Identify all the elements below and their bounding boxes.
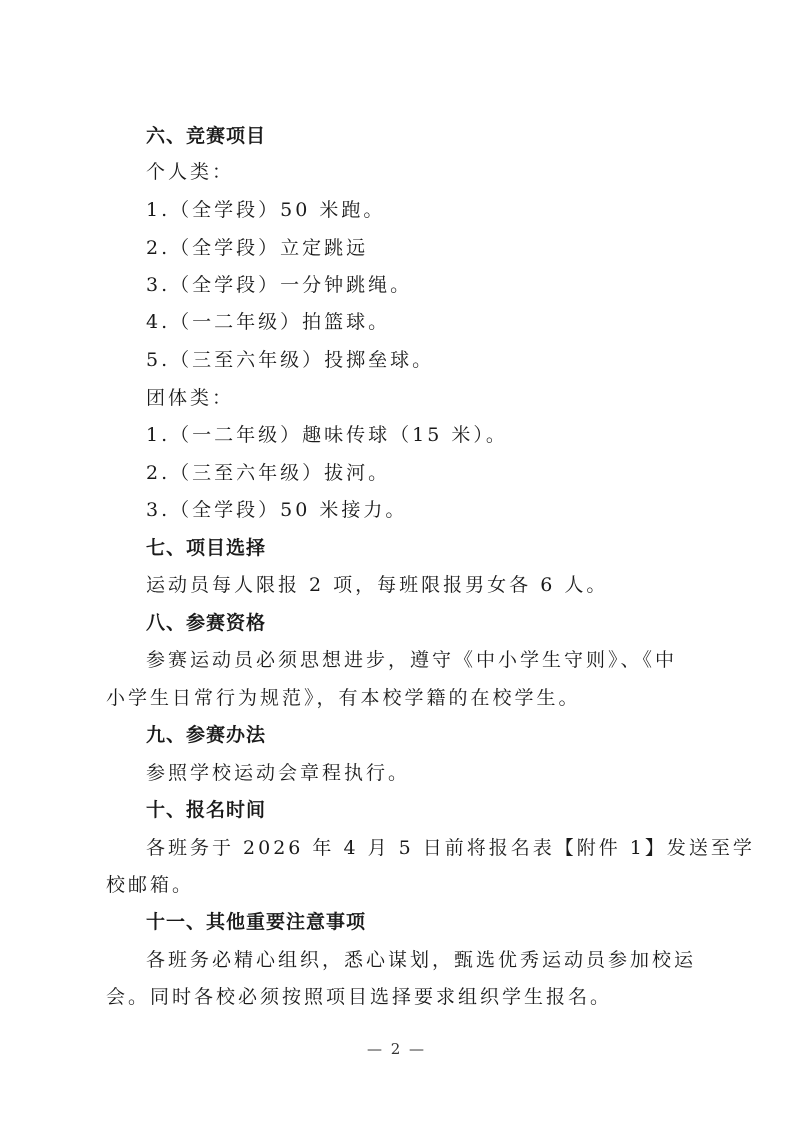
section-ten-body-line2: 校邮箱。 xyxy=(106,873,194,897)
section-nine-body: 参照学校运动会章程执行。 xyxy=(146,761,410,785)
section-eleven-heading: 十一、其他重要注意事项 xyxy=(146,910,366,934)
team-item-3: 3.（全学段）50 米接力。 xyxy=(146,498,407,522)
section-nine-heading: 九、参赛办法 xyxy=(146,723,266,747)
team-item-2: 2.（三至六年级）拔河。 xyxy=(146,461,390,485)
team-item-1: 1.（一二年级）趣味传球（15 米）。 xyxy=(146,423,508,447)
individual-item-4: 4.（一二年级）拍篮球。 xyxy=(146,310,390,334)
individual-item-5: 5.（三至六年级）投掷垒球。 xyxy=(146,348,434,372)
section-eight-body-line1: 参赛运动员必须思想进步，遵守《中小学生守则》、《中 xyxy=(146,648,677,672)
section-eight-heading: 八、参赛资格 xyxy=(146,611,266,635)
individual-item-1: 1.（全学段）50 米跑。 xyxy=(146,198,385,222)
section-ten-body-line1: 各班务于 2026 年 4 月 5 日前将报名表【附件 1】发送至学 xyxy=(146,836,755,860)
individual-item-3: 3.（全学段）一分钟跳绳。 xyxy=(146,273,412,297)
section-eleven-body-line1: 各班务必精心组织，悉心谋划，甄选优秀运动员参加校运 xyxy=(146,948,696,972)
section-seven-heading: 七、项目选择 xyxy=(146,536,266,560)
section-eight-body-line2: 小学生日常行为规范》，有本校学籍的在校学生。 xyxy=(106,686,581,710)
section-ten-heading: 十、报名时间 xyxy=(146,798,266,822)
section-eleven-body-line2: 会。同时各校必须按照项目选择要求组织学生报名。 xyxy=(106,985,612,1009)
section-six-heading: 六、竞赛项目 xyxy=(146,124,266,148)
section-seven-body: 运动员每人限报 2 项，每班限报男女各 6 人。 xyxy=(146,573,608,597)
team-label: 团体类： xyxy=(146,386,234,410)
individual-item-2: 2.（全学段）立定跳远 xyxy=(146,236,368,260)
page-number: — 2 — xyxy=(0,1040,793,1058)
individual-label: 个人类： xyxy=(146,160,234,184)
